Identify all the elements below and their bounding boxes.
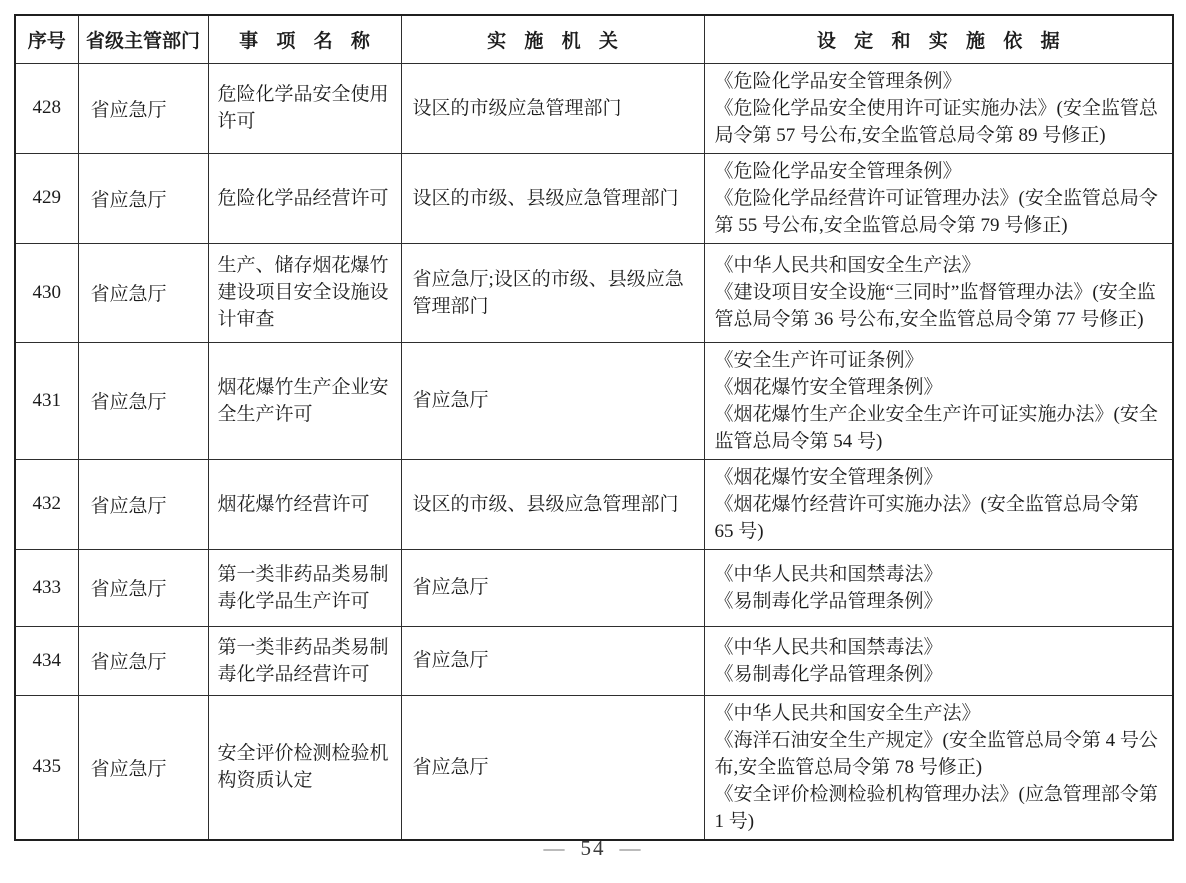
footer-left-dash: —: [530, 836, 581, 860]
header-implementing-agency: 实 施 机 关: [401, 15, 704, 63]
cell-agency: 设区的市级应急管理部门: [401, 63, 704, 153]
header-item-name: 事 项 名 称: [208, 15, 401, 63]
table-row: 434 省应急厅 第一类非药品类易制毒化学品经营许可 省应急厅 《中华人民共和国…: [15, 626, 1173, 695]
table-row: 428 省应急厅 危险化学品安全使用许可 设区的市级应急管理部门 《危险化学品安…: [15, 63, 1173, 153]
cell-item-name: 烟花爆竹生产企业安全生产许可: [208, 342, 401, 459]
cell-serial-number: 428: [15, 63, 78, 153]
cell-department: 省应急厅: [78, 549, 208, 626]
cell-item-name: 生产、储存烟花爆竹建设项目安全设施设计审查: [208, 243, 401, 342]
cell-agency: 省应急厅: [401, 342, 704, 459]
table-row: 435 省应急厅 安全评价检测检验机构资质认定 省应急厅 《中华人民共和国安全生…: [15, 695, 1173, 840]
cell-agency: 设区的市级、县级应急管理部门: [401, 459, 704, 549]
approval-items-table: 序号 省级主管部门 事 项 名 称 实 施 机 关 设 定 和 实 施 依 据 …: [14, 14, 1174, 841]
document-page: 序号 省级主管部门 事 项 名 称 实 施 机 关 设 定 和 实 施 依 据 …: [0, 0, 1186, 883]
cell-legal-basis: 《中华人民共和国安全生产法》 《建设项目安全设施“三同时”监督管理办法》(安全监…: [704, 243, 1173, 342]
cell-department: 省应急厅: [78, 459, 208, 549]
cell-legal-basis: 《安全生产许可证条例》 《烟花爆竹安全管理条例》 《烟花爆竹生产企业安全生产许可…: [704, 342, 1173, 459]
cell-item-name: 第一类非药品类易制毒化学品生产许可: [208, 549, 401, 626]
table-row: 431 省应急厅 烟花爆竹生产企业安全生产许可 省应急厅 《安全生产许可证条例》…: [15, 342, 1173, 459]
cell-item-name: 安全评价检测检验机构资质认定: [208, 695, 401, 840]
cell-department: 省应急厅: [78, 695, 208, 840]
cell-agency: 省应急厅: [401, 626, 704, 695]
table-header-row: 序号 省级主管部门 事 项 名 称 实 施 机 关 设 定 和 实 施 依 据: [15, 15, 1173, 63]
header-legal-basis: 设 定 和 实 施 依 据: [704, 15, 1173, 63]
table-row: 433 省应急厅 第一类非药品类易制毒化学品生产许可 省应急厅 《中华人民共和国…: [15, 549, 1173, 626]
cell-legal-basis: 《危险化学品安全管理条例》 《危险化学品经营许可证管理办法》(安全监管总局令第 …: [704, 153, 1173, 243]
cell-legal-basis: 《危险化学品安全管理条例》 《危险化学品安全使用许可证实施办法》(安全监管总局令…: [704, 63, 1173, 153]
cell-serial-number: 433: [15, 549, 78, 626]
cell-legal-basis: 《中华人民共和国禁毒法》 《易制毒化学品管理条例》: [704, 626, 1173, 695]
page-footer: —54—: [0, 836, 1186, 861]
cell-item-name: 危险化学品经营许可: [208, 153, 401, 243]
cell-legal-basis: 《中华人民共和国禁毒法》 《易制毒化学品管理条例》: [704, 549, 1173, 626]
table-row: 429 省应急厅 危险化学品经营许可 设区的市级、县级应急管理部门 《危险化学品…: [15, 153, 1173, 243]
cell-legal-basis: 《烟花爆竹安全管理条例》 《烟花爆竹经营许可实施办法》(安全监管总局令第 65 …: [704, 459, 1173, 549]
cell-serial-number: 431: [15, 342, 78, 459]
cell-department: 省应急厅: [78, 626, 208, 695]
cell-item-name: 烟花爆竹经营许可: [208, 459, 401, 549]
header-serial-number: 序号: [15, 15, 78, 63]
cell-serial-number: 435: [15, 695, 78, 840]
cell-agency: 省应急厅;设区的市级、县级应急管理部门: [401, 243, 704, 342]
footer-right-dash: —: [606, 836, 657, 860]
table-row: 432 省应急厅 烟花爆竹经营许可 设区的市级、县级应急管理部门 《烟花爆竹安全…: [15, 459, 1173, 549]
cell-serial-number: 432: [15, 459, 78, 549]
cell-agency: 省应急厅: [401, 549, 704, 626]
cell-serial-number: 434: [15, 626, 78, 695]
cell-serial-number: 429: [15, 153, 78, 243]
page-number: 54: [581, 836, 606, 860]
cell-agency: 省应急厅: [401, 695, 704, 840]
cell-item-name: 危险化学品安全使用许可: [208, 63, 401, 153]
cell-department: 省应急厅: [78, 63, 208, 153]
cell-serial-number: 430: [15, 243, 78, 342]
cell-agency: 设区的市级、县级应急管理部门: [401, 153, 704, 243]
cell-department: 省应急厅: [78, 342, 208, 459]
cell-item-name: 第一类非药品类易制毒化学品经营许可: [208, 626, 401, 695]
cell-department: 省应急厅: [78, 153, 208, 243]
header-provincial-department: 省级主管部门: [78, 15, 208, 63]
cell-legal-basis: 《中华人民共和国安全生产法》 《海洋石油安全生产规定》(安全监管总局令第 4 号…: [704, 695, 1173, 840]
table-row: 430 省应急厅 生产、储存烟花爆竹建设项目安全设施设计审查 省应急厅;设区的市…: [15, 243, 1173, 342]
cell-department: 省应急厅: [78, 243, 208, 342]
